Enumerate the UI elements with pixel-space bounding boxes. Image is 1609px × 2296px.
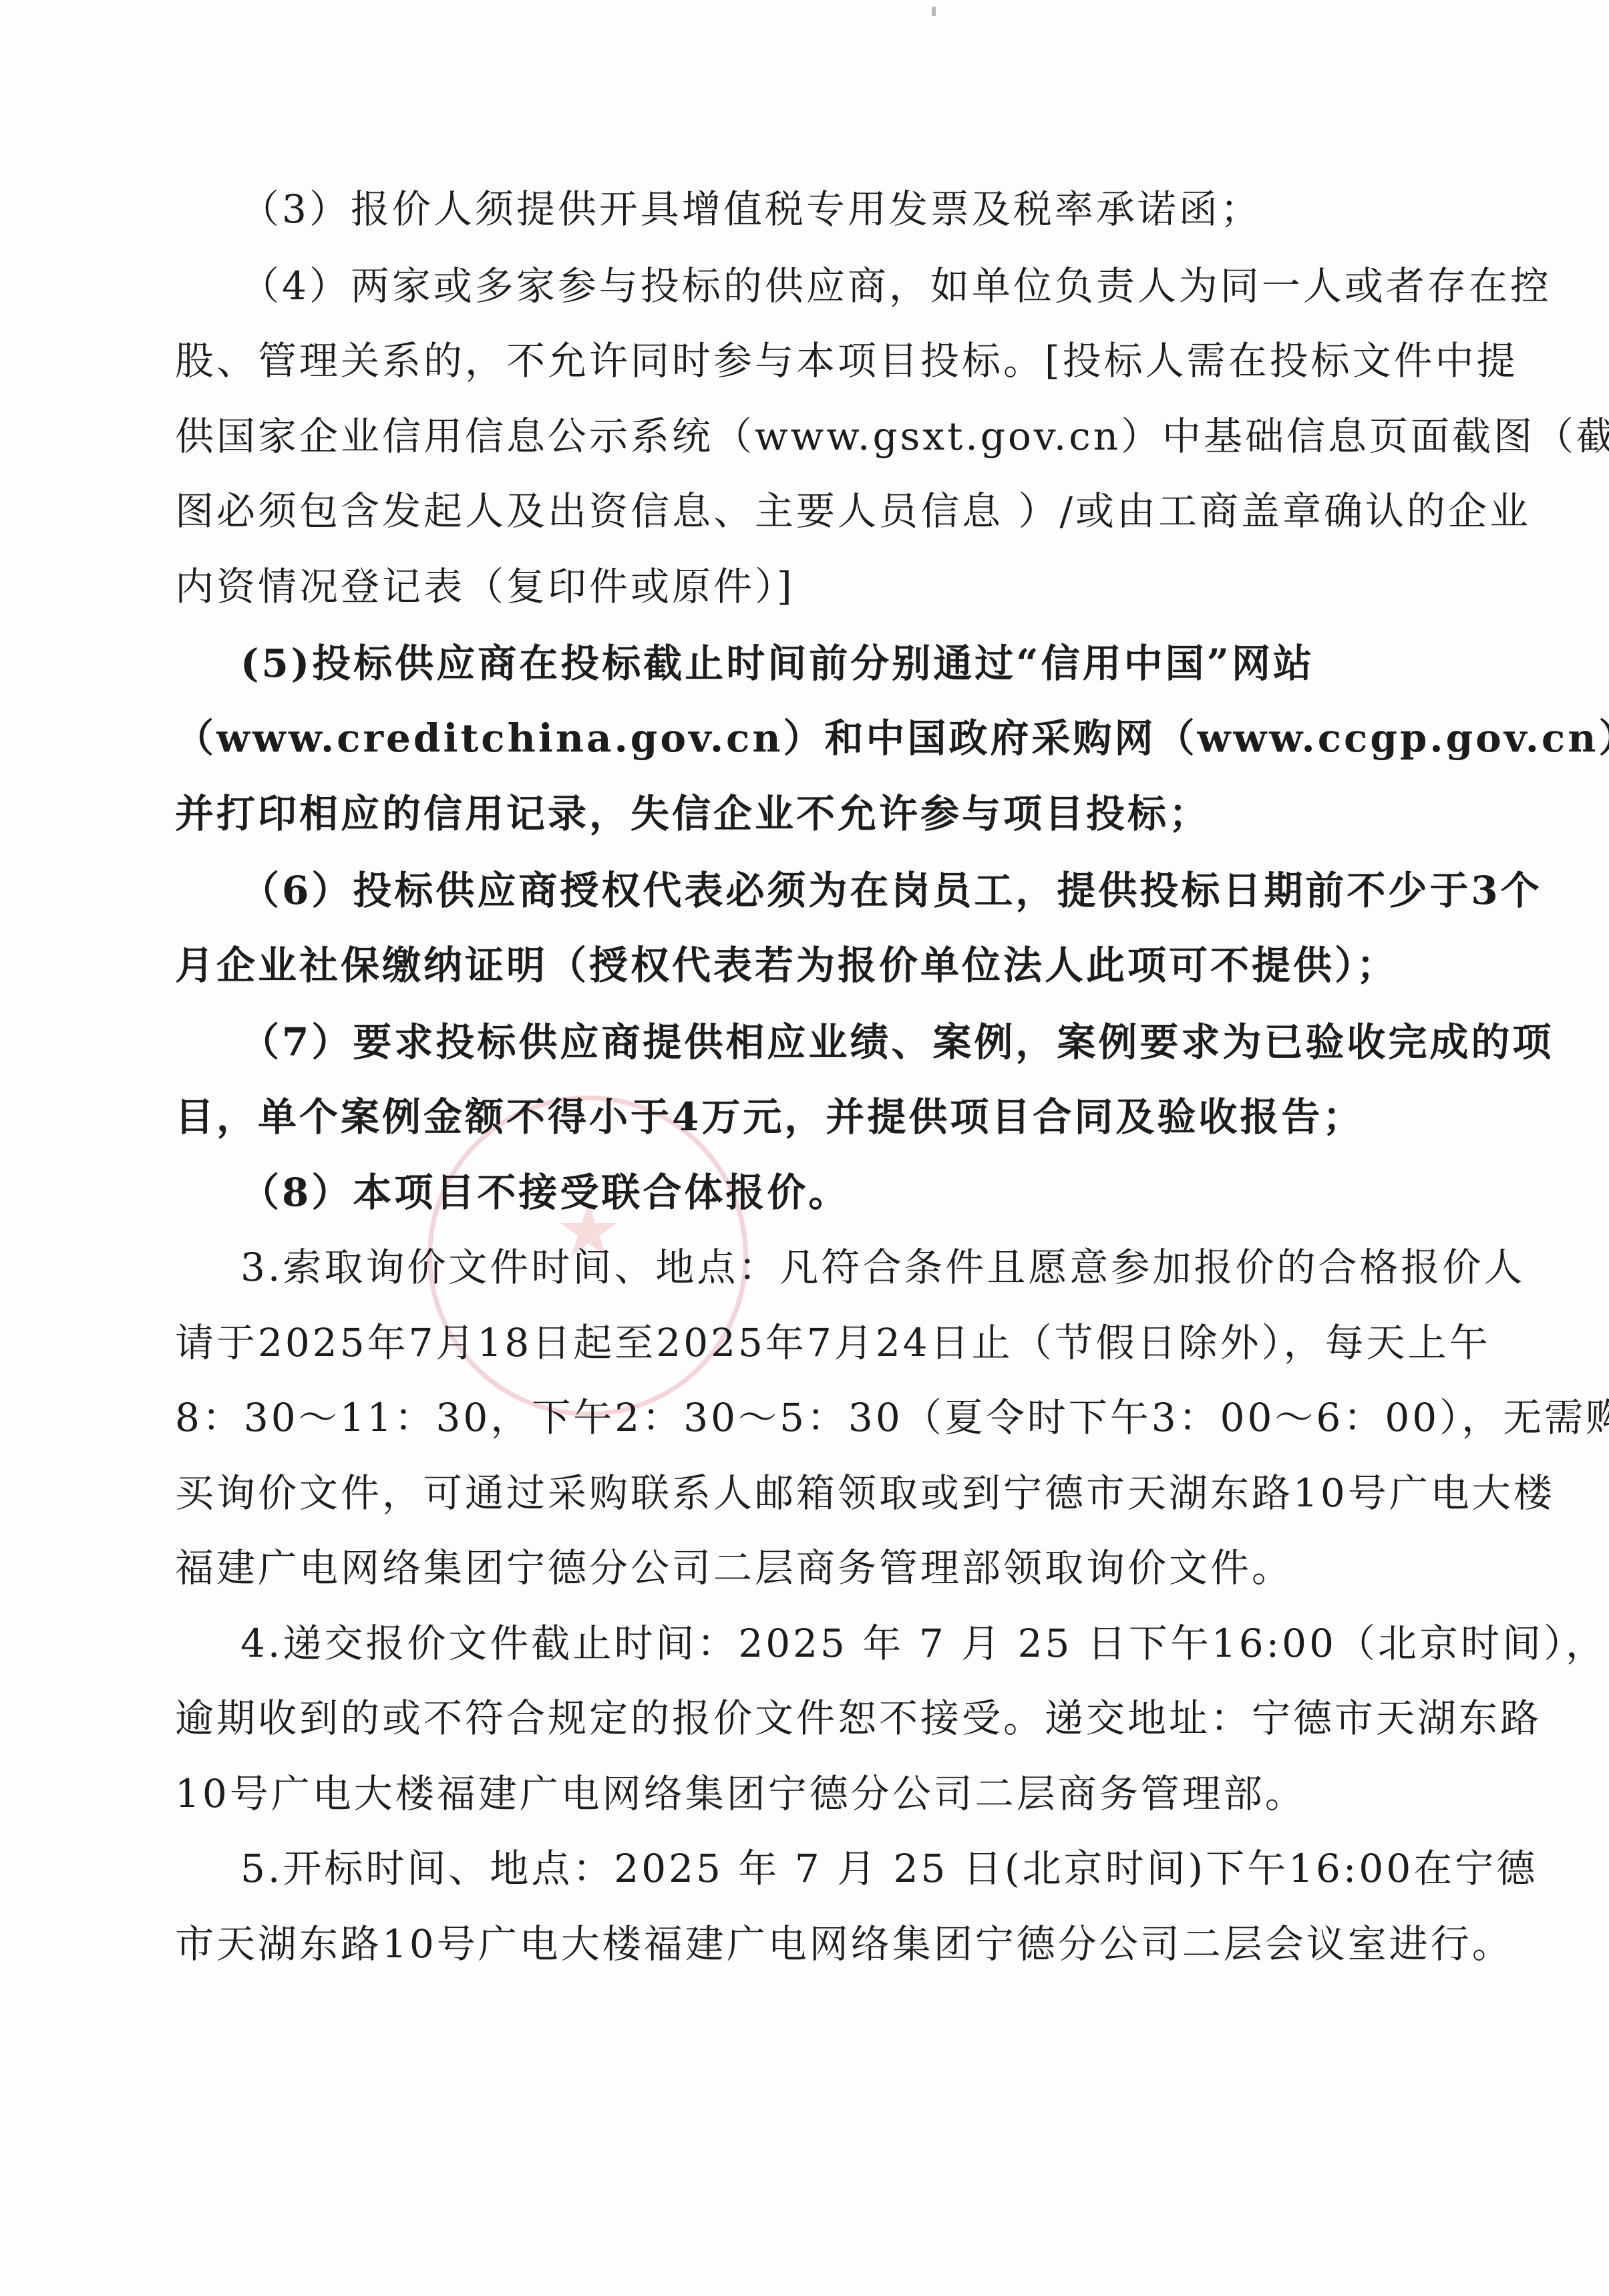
- clause-4-line-1: （4）两家或多家参与投标的供应商，如单位负责人为同一人或者存在控: [240, 263, 1552, 309]
- section-5-line-2: 市天湖东路10号广电大楼福建广电网络集团宁德分公司二层会议室进行。: [175, 1921, 1513, 1967]
- section-4-line-1: 4.递交报价文件截止时间：2025 年 7 月 25 日下午16:00（北京时间…: [240, 1620, 1607, 1667]
- section-3-line-1: 3.索取询价文件时间、地点：凡符合条件且愿意参加报价的合格报价人: [240, 1244, 1525, 1291]
- clause-4-line-3: 供国家企业信用信息公示系统（www.gsxt.gov.cn）中基础信息页面截图（…: [175, 413, 1609, 460]
- clause-7-line-2: 目，单个案例金额不得小于4万元，并提供项目合同及验收报告；: [175, 1094, 1364, 1140]
- section-5-line-1: 5.开标时间、地点：2025 年 7 月 25 日(北京时间)下午16:00在宁…: [240, 1845, 1538, 1892]
- clause-5-line-1: (5)投标供应商在投标截止时间前分别通过“信用中国”网站: [240, 640, 1314, 687]
- section-4-line-2: 逾期收到的或不符合规定的报价文件恕不接受。递交地址：宁德市天湖东路: [175, 1695, 1542, 1742]
- section-3-line-2: 请于2025年7月18日起至2025年7月24日止（节假日除外），每天上午: [175, 1319, 1491, 1366]
- scan-speck: [932, 7, 936, 16]
- section-3-line-5: 福建广电网络集团宁德分公司二层商务管理部领取询价文件。: [175, 1544, 1293, 1591]
- clause-3-line-1: （3）报价人须提供开具增值税专用发票及税率承诺函；: [240, 186, 1262, 232]
- section-3-line-4: 买询价文件，可通过采购联系人邮箱领取或到宁德市天湖东路10号广电大楼: [175, 1470, 1555, 1516]
- clause-4-line-4: 图必须包含发起人及出资信息、主要人员信息 ）/或由工商盖章确认的企业: [175, 488, 1531, 534]
- section-3-line-3: 8：30～11：30，下午2：30～5：30（夏令时下午3：00～6：00），无…: [175, 1394, 1609, 1441]
- clause-6-line-1: （6）投标供应商授权代表必须为在岗员工，提供投标日期前不少于3个: [240, 867, 1542, 914]
- clause-6-line-2: 月企业社保缴纳证明（授权代表若为报价单位法人此项可不提供）；: [175, 942, 1398, 989]
- clause-8-line-1: （8）本项目不接受联合体报价。: [240, 1169, 850, 1216]
- clause-4-line-2: 股、管理关系的，不允许同时参与本项目投标。[投标人需在投标文件中提: [175, 337, 1518, 384]
- clause-5-line-3: 并打印相应的信用记录，失信企业不允许参与项目投标；: [175, 790, 1210, 837]
- clause-5-line-2: （www.creditchina.gov.cn）和中国政府采购网（www.ccg…: [175, 715, 1609, 762]
- clause-4-line-5: 内资情况登记表（复印件或原件）]: [175, 563, 795, 610]
- section-4-line-3: 10号广电大楼福建广电网络集团宁德分公司二层商务管理部。: [175, 1770, 1306, 1817]
- document-page: ★ （3）报价人须提供开具增值税专用发票及税率承诺函； （4）两家或多家参与投标…: [0, 0, 1609, 2296]
- clause-7-line-1: （7）要求投标供应商提供相应业绩、案例，案例要求为已验收完成的项: [240, 1019, 1554, 1065]
